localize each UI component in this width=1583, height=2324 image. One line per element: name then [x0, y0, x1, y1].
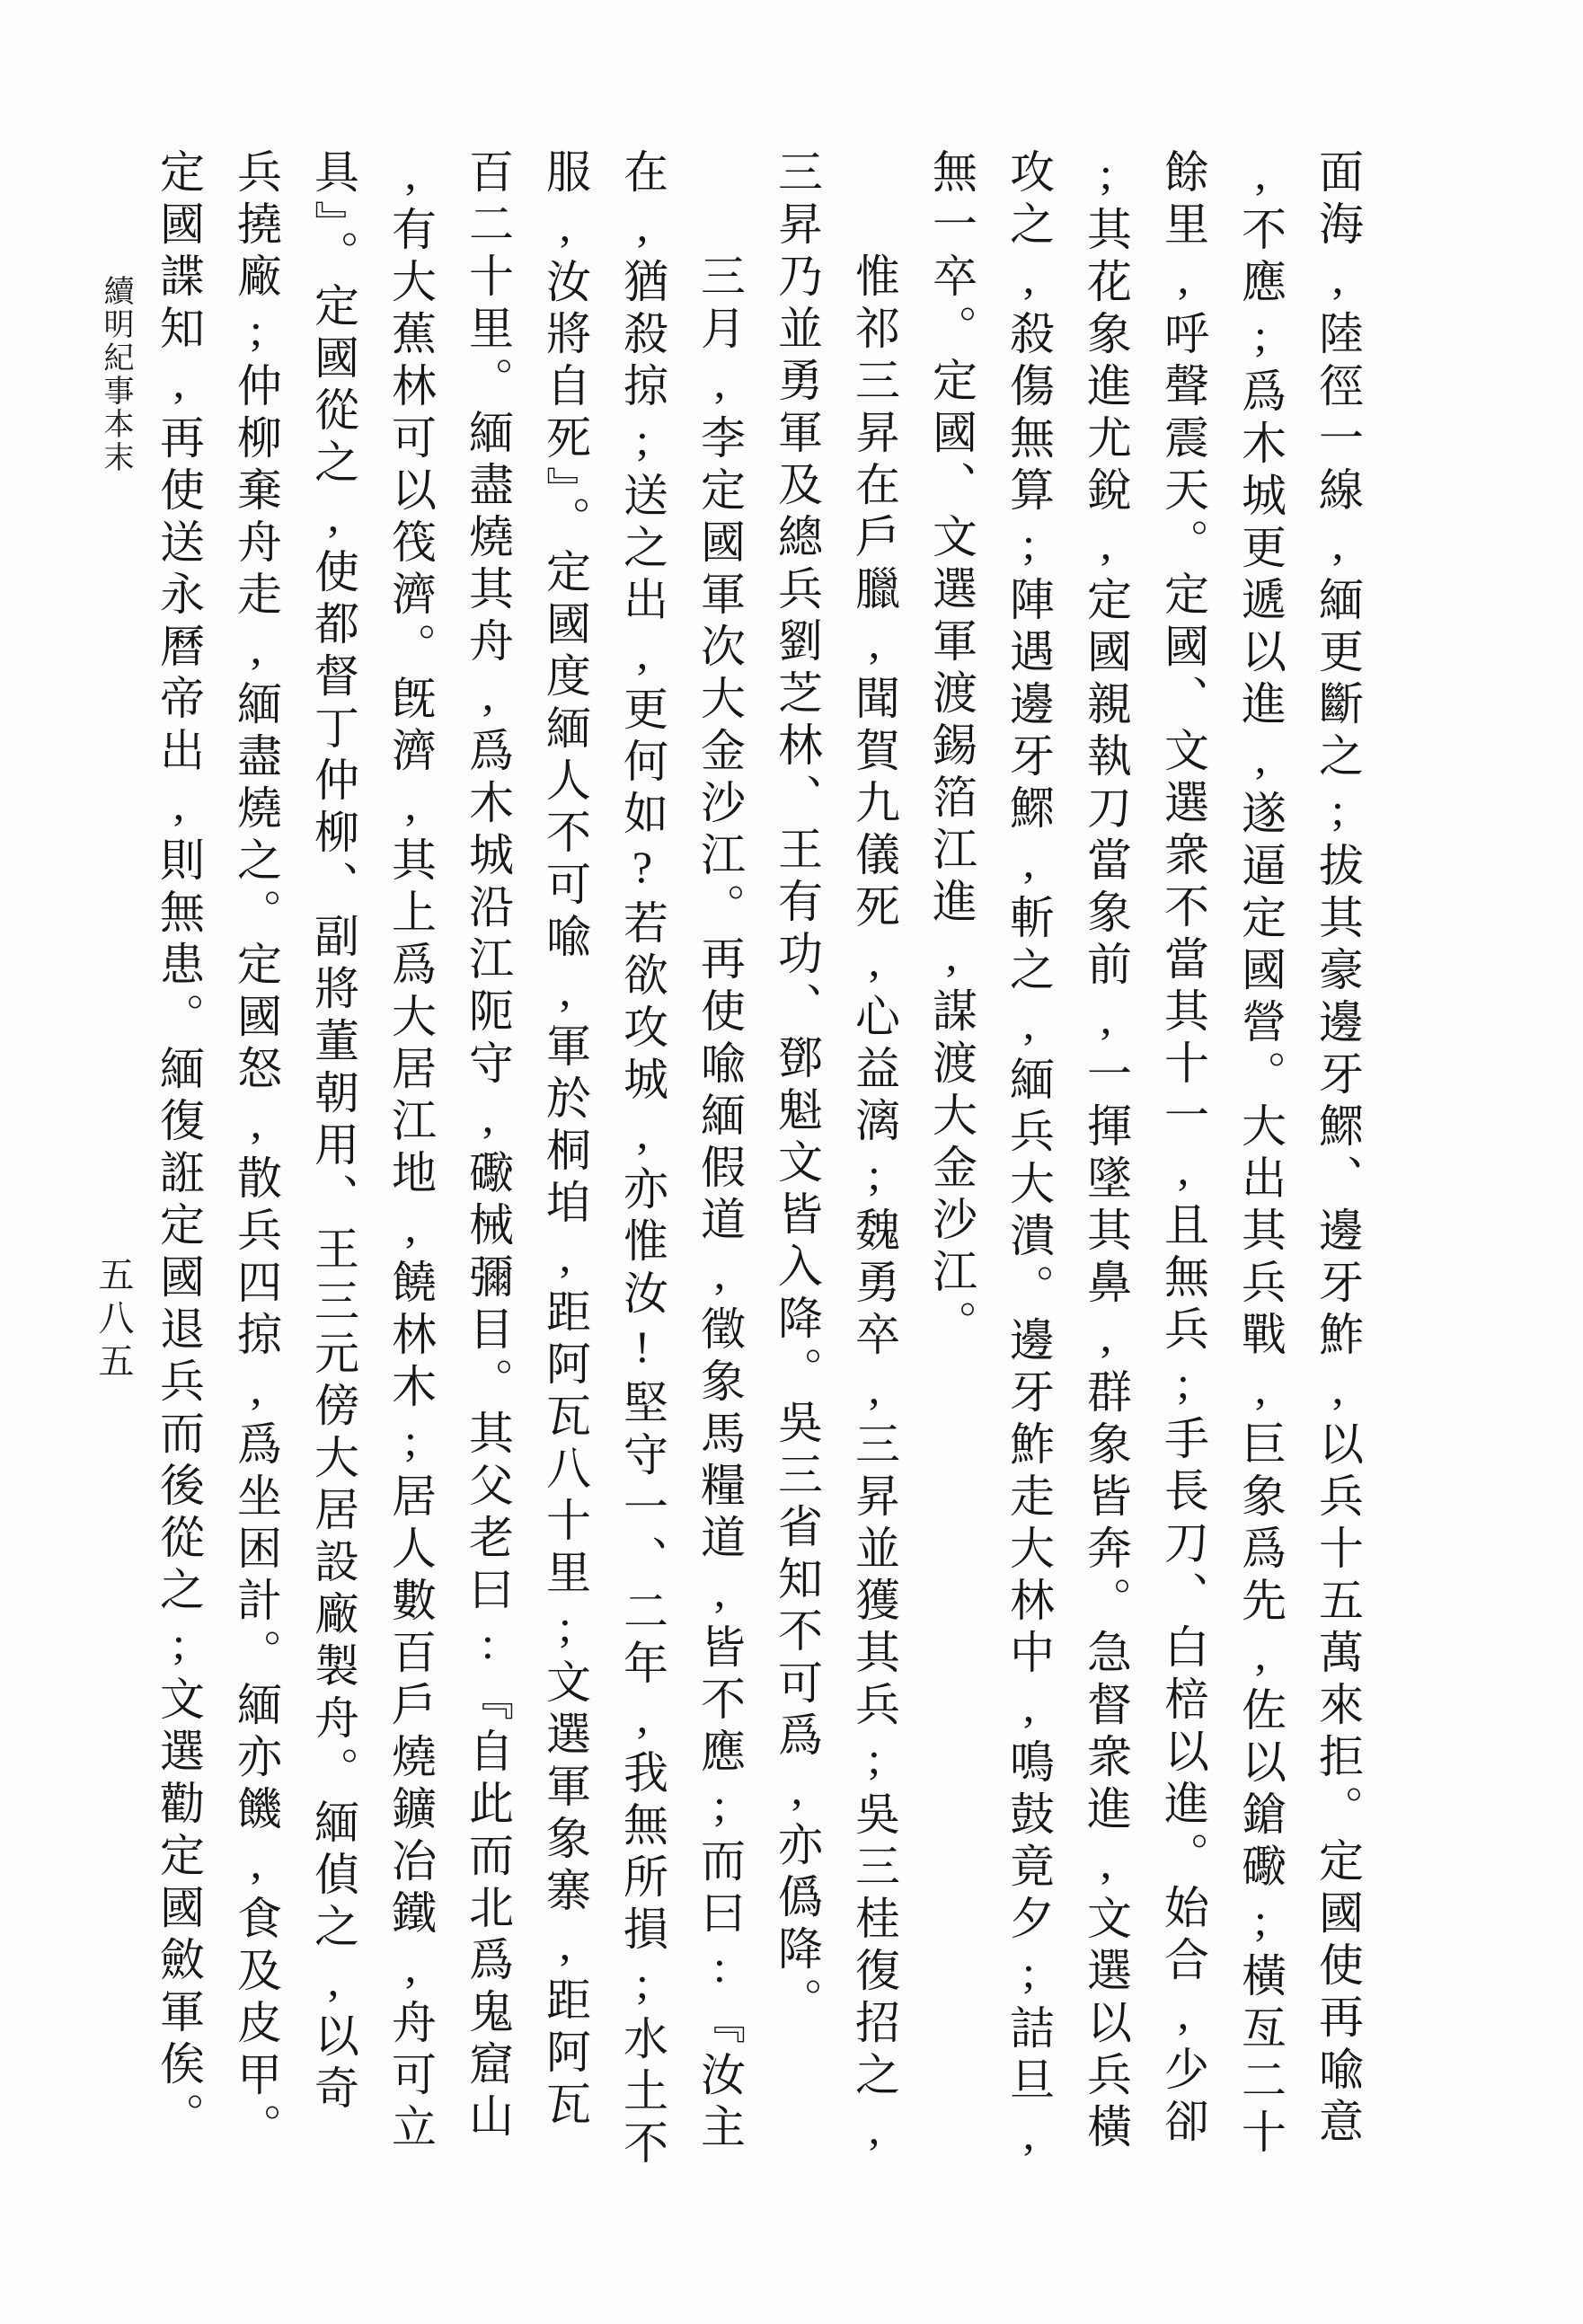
text-column-11: 服,汝將自死』。定國度緬人不可喩,軍於桐垍,距阿瓦八十里;文選軍象寨,距阿瓦 — [542, 148, 588, 2134]
text-column-6: 無一卒。定國、文選軍渡錫箔江進,謀渡大金沙江。 — [928, 148, 975, 2134]
book-title: 續明紀事本末 — [95, 275, 135, 474]
text-column-12: 百二十里。緬盡燒其舟,爲木城沿江阨守,礮械彌目。其父老曰:『自此而北爲鬼窟山 — [464, 148, 511, 2134]
text-column-16: 定國諜知,再使送永曆帝出,則無患。緬復誑定國退兵而後從之;文選勸定國斂軍俟。 — [155, 148, 202, 2134]
text-column-7: 惟祁三昇在戶臘,聞賀九儀死,心益漓;魏勇卒,三昇並獲其兵;吳三桂復招之, — [851, 148, 898, 2134]
text-column-9: 三月,李定國軍次大金沙江。再使喩緬假道,徵象馬糧道,皆不應;而曰:『汝主 — [696, 148, 743, 2134]
text-column-8: 三昇乃並勇軍及總兵劉芝林、王有功、鄧魁文皆入降。吳三省知不可爲,亦僞降。 — [774, 148, 820, 2134]
main-text-block: 面海,陸徑一線,緬更斷之;拔其豪邊牙鰥、邊牙鮓,以兵十五萬來拒。定國使再喩意 ,… — [155, 148, 1361, 2134]
text-column-1: 面海,陸徑一線,緬更斷之;拔其豪邊牙鰥、邊牙鮓,以兵十五萬來拒。定國使再喩意 — [1314, 148, 1361, 2134]
text-column-10: 在,猶殺掠;送之出,更何如?若欲攻城,亦惟汝!堅守一、二年,我無所損;水土不 — [619, 148, 666, 2134]
text-column-5: 攻之,殺傷無算;陣遇邊牙鰥,斬之,緬兵大潰。邊牙鮓走大林中,鳴鼓竟夕;詰旦, — [1005, 148, 1052, 2134]
text-column-15: 兵撓廠;仲柳棄舟走,緬盡燒之。定國怒,散兵四掠,爲坐困計。緬亦饑,食及皮甲。 — [233, 148, 279, 2134]
text-column-13: ,有大蕉林可以筏濟。旣濟,其上爲大居江地,饒林木;居人數百戶燒鑛冶鐵,舟可立 — [387, 148, 434, 2134]
scanned-book-page: 續明紀事本末 五八五 面海,陸徑一線,緬更斷之;拔其豪邊牙鰥、邊牙鮓,以兵十五萬… — [0, 0, 1583, 2324]
page-number: 五八五 — [92, 1256, 135, 1385]
text-column-14: 具』。定國從之,使都督丁仲柳、副將董朝用、王三元傍大居設廠製舟。緬偵之,以奇 — [310, 148, 357, 2134]
text-column-2: ,不應;爲木城更遞以進,遂逼定國營。大出其兵戰,巨象爲先,佐以鎗礮;橫亙二十 — [1237, 148, 1284, 2134]
text-column-4: ;其花象進尤銳,定國親執刀當象前,一揮墜其鼻,群象皆奔。急督衆進,文選以兵橫 — [1083, 148, 1129, 2134]
text-column-3: 餘里,呼聲震天。定國、文選衆不當其十一,且無兵;手長刀、白棓以進。始合,少卻 — [1160, 148, 1207, 2134]
